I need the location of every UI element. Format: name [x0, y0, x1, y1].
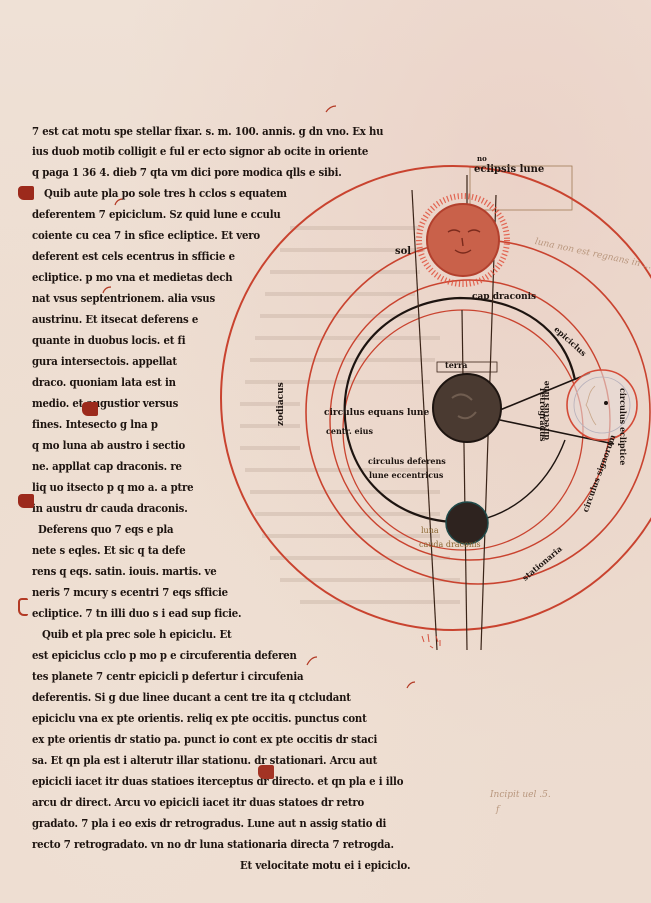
- tail-of-dragon-label: cauda draconis: [419, 540, 481, 549]
- text-line: deferentis. Si g due linee ducant a cent…: [32, 687, 351, 709]
- text-line: in austru dr cauda draconis.: [32, 498, 188, 520]
- text-line: deferent est cels ecentrus in sfficie e: [32, 246, 235, 268]
- deferent-eccentric-label: lune eccentricus: [369, 470, 443, 480]
- earth-icon: [433, 374, 501, 442]
- text-line: liq uo itsecto p q mo a. a ptre: [32, 477, 193, 499]
- marginal-note-bottom: Incipit uel .5.: [490, 790, 551, 800]
- zodiac-label: zodiacus: [276, 382, 286, 426]
- equant-label: circulus equans lune: [324, 408, 429, 418]
- text-line: Quib aute pla po sole tres h cclos s equ…: [44, 183, 287, 205]
- earth-label: terra: [445, 360, 467, 370]
- text-line: nete s eqles. Et sic q ta defe: [32, 540, 185, 562]
- paragraph-mark: [18, 186, 34, 200]
- text-line: medio. et augustior versus: [32, 393, 178, 415]
- moon-label: luna: [421, 526, 439, 535]
- text-line: nat vsus septentrionem. alia vsus: [32, 288, 215, 310]
- text-line: ecliptice. p mo vna et medietas dech: [32, 267, 232, 289]
- text-line: ius duob motib colligit e ful er ecto si…: [32, 141, 368, 163]
- text-line: ecliptice. 7 tn illi duo s i ead sup fic…: [32, 603, 241, 625]
- text-line: gradato. 7 pla i eo exis dr retrogradus.…: [32, 813, 386, 835]
- text-line: tes planete 7 centr epicicli p defertur …: [32, 666, 303, 688]
- text-line: fines. Intesecto g lna p: [32, 414, 158, 436]
- text-line: ex pte orientis dr statio pa. punct io c…: [32, 729, 377, 751]
- direct-label: directus lune: [541, 381, 551, 440]
- text-line: gura intersectois. appellat: [32, 351, 177, 373]
- text-line: epiciclu vna ex pte orientis. reliq ex p…: [32, 708, 367, 730]
- text-line: epicicli iacet itr duas statioes itercep…: [32, 771, 403, 793]
- text-line: q paga 1 36 4. dieb 7 qta vm dici pore m…: [32, 162, 342, 184]
- text-line: rens q eqs. satin. iouis. martis. ve: [32, 561, 216, 583]
- text-line: 7 est cat motu spe stellar fixar. s. m. …: [32, 121, 383, 143]
- text-line: neris 7 mcury s ecentri 7 eqs sfficie: [32, 582, 228, 604]
- text-line: sa. Et qn pla est i alterutr illar stati…: [32, 750, 377, 772]
- marginal-note-bottom-2: f: [496, 805, 499, 815]
- text-line: draco. quoniam lata est in: [32, 372, 176, 394]
- text-line: quante in duobus locis. et fi: [32, 330, 185, 352]
- ecliptic-label: eclipsis lune: [474, 164, 544, 175]
- circle-ecliptice-label: circulus ecliptice: [618, 388, 628, 465]
- numeral-label: no: [477, 154, 487, 163]
- moon-icon: [446, 502, 488, 544]
- text-line: Et velocitate motu ei i epiciclo.: [240, 855, 410, 877]
- text-line: ne. appllat cap draconis. re: [32, 456, 182, 478]
- text-line: arcu dr direct. Arcu vo epicicli iacet i…: [32, 792, 364, 814]
- text-line: est epiciclus cclo p mo p e circuferenti…: [32, 645, 297, 667]
- text-line: q mo luna ab austro i sectio: [32, 435, 185, 457]
- head-of-dragon-label: cap draconis: [472, 292, 536, 302]
- paragraph-mark: [18, 494, 34, 508]
- eccentric-arc-right: [480, 440, 565, 520]
- text-line: deferentem 7 epiciclum. Sz quid lune e c…: [32, 204, 281, 226]
- text-line: Quib et pla prec sole h epiciclu. Et: [42, 624, 231, 646]
- text-line: Deferens quo 7 eqs e pla: [38, 519, 173, 541]
- paragraph-mark: [82, 402, 98, 416]
- paragraph-mark: [258, 765, 274, 779]
- manuscript-page: 7 est cat motu spe stellar fixar. s. m. …: [0, 0, 651, 903]
- text-line: coiente cu cea 7 in sfice ecliptice. Et …: [32, 225, 260, 247]
- deferent-label: circulus deferens: [368, 456, 446, 466]
- equant-center-label: centr. eius: [326, 426, 373, 436]
- sun-label: sol: [395, 246, 411, 257]
- text-line: recto 7 retrogradato. vn no dr luna stat…: [32, 834, 394, 856]
- paragraph-mark: [18, 598, 28, 616]
- text-line: austrinu. Et itsecat deferens e: [32, 309, 198, 331]
- epicycle-center-dot: [604, 401, 608, 405]
